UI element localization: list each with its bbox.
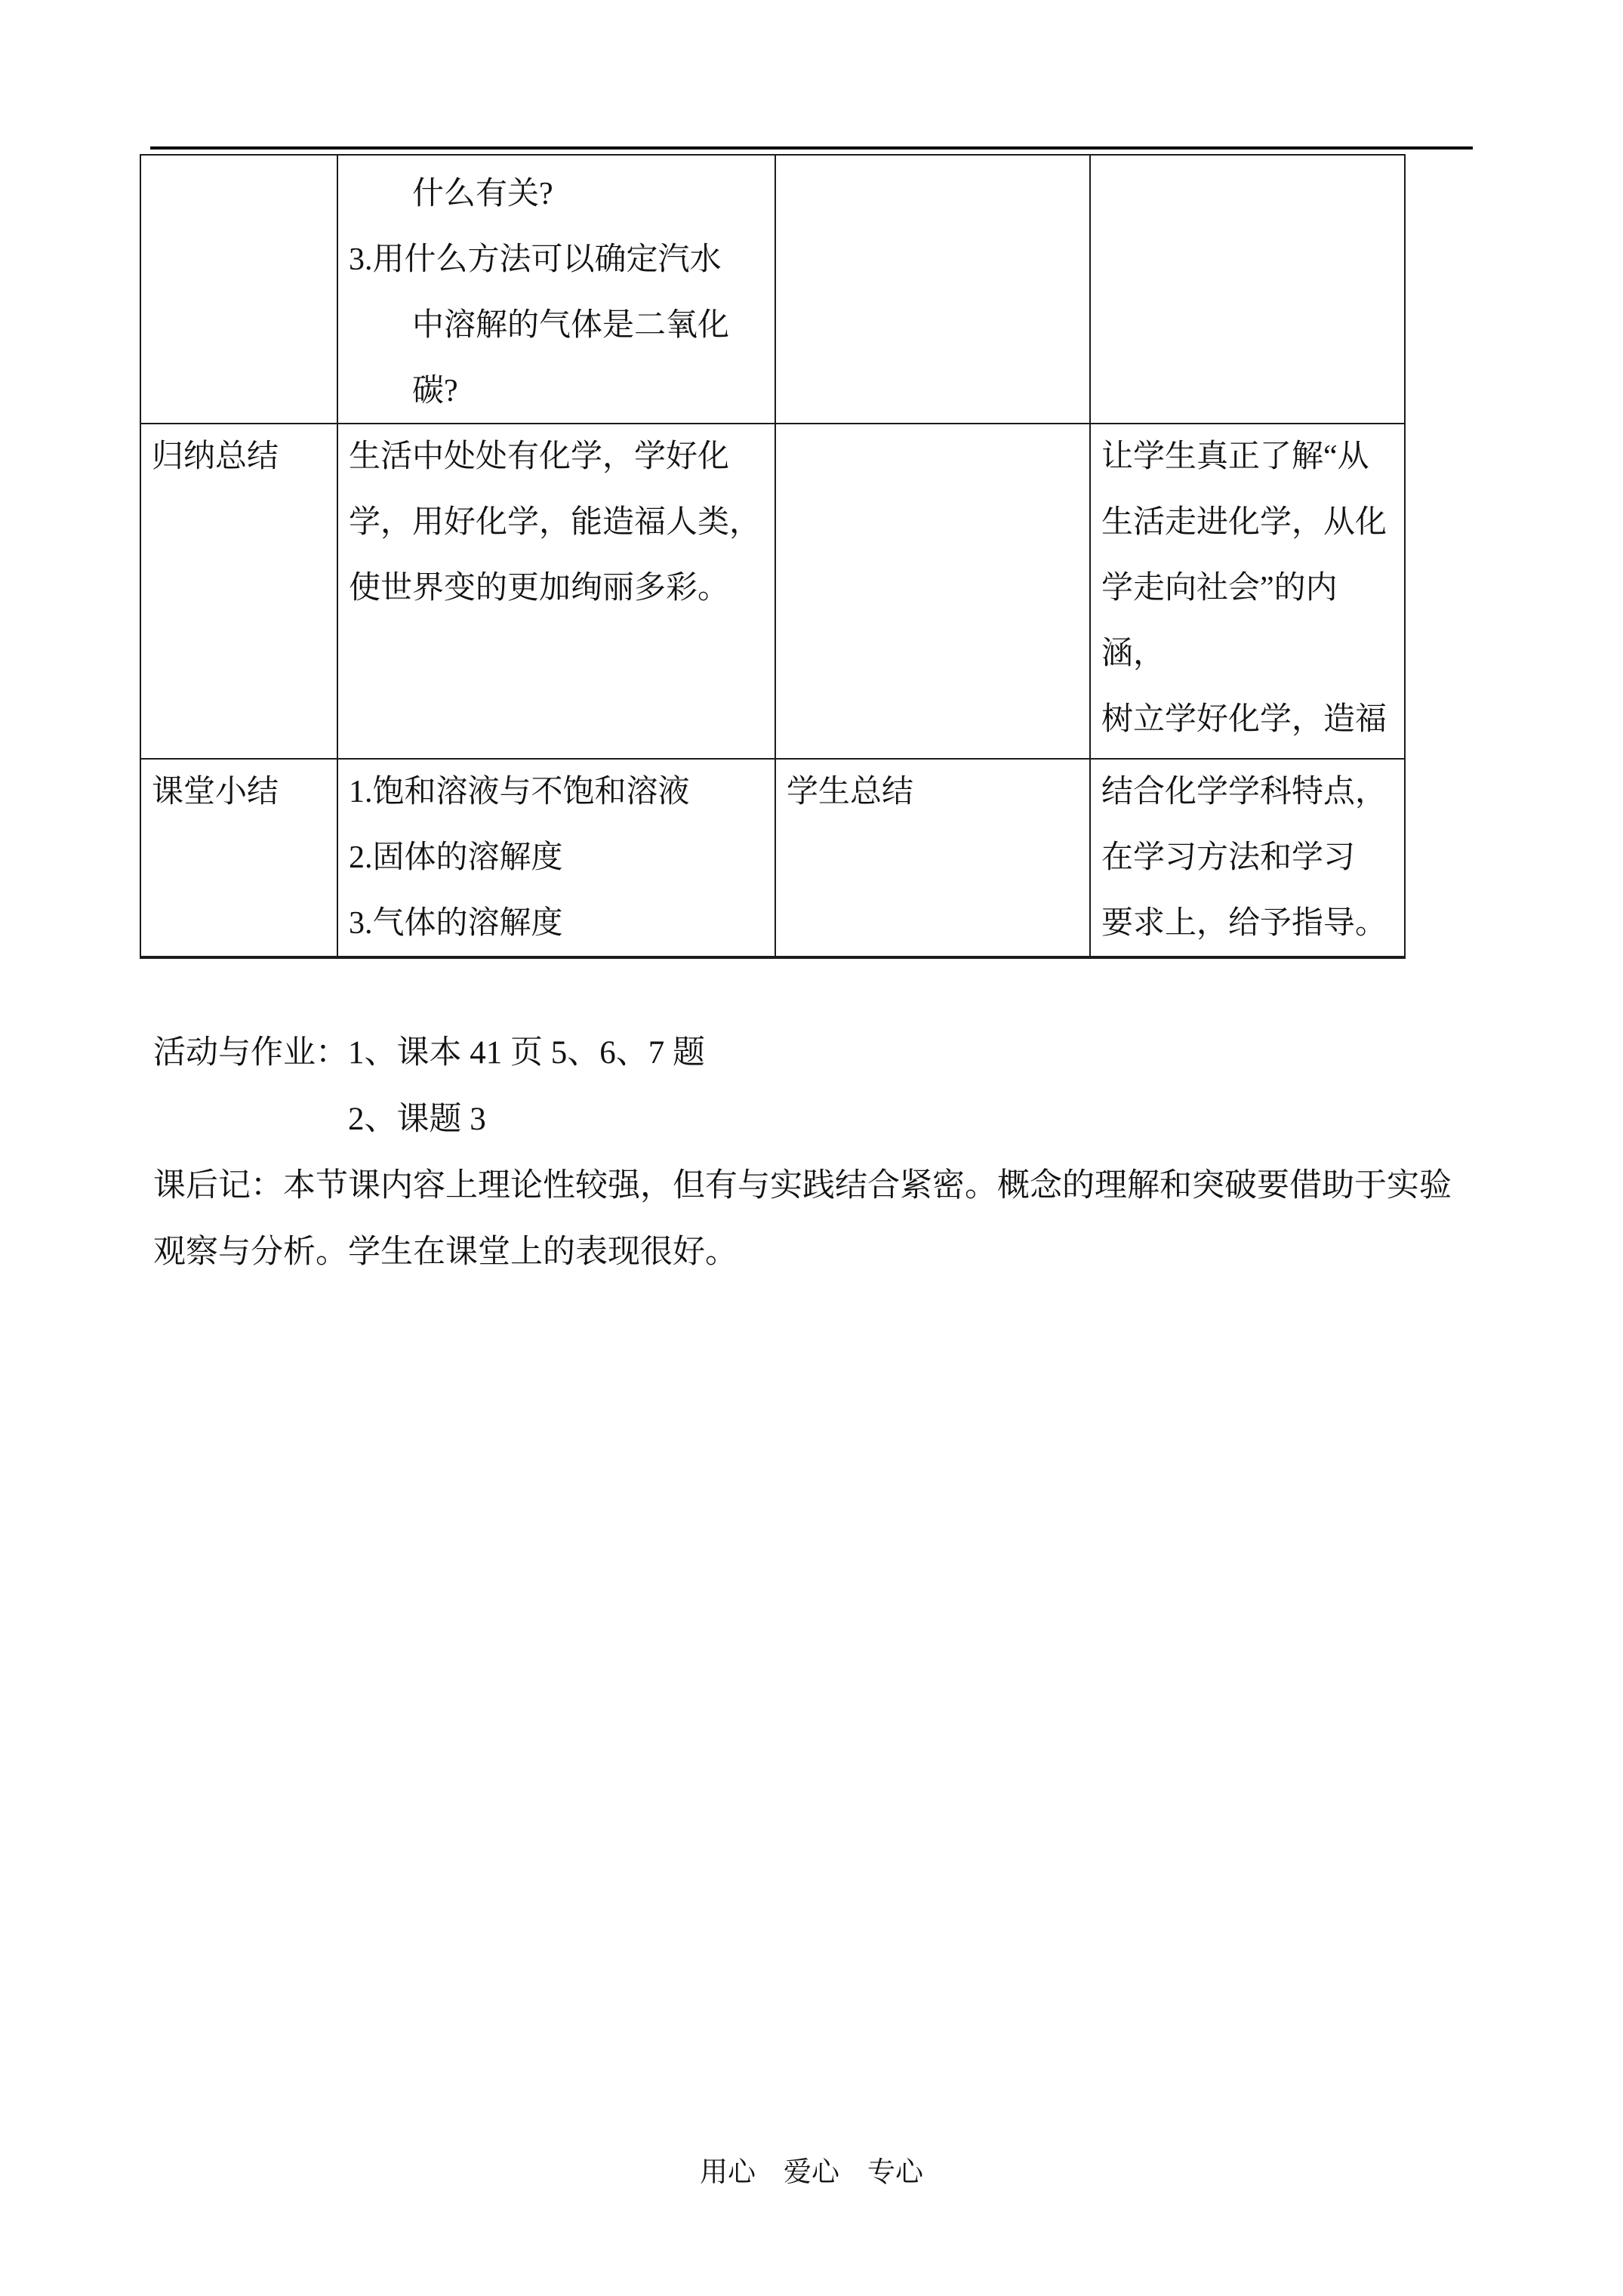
homework-and-notes-paragraphs: 活动与作业：1、课本 41 页 5、6、7 题 2、课题 3 课后记：本节课内容… — [153, 1020, 1482, 1286]
lesson-plan-table: 什么有关? 3.用什么方法可以确定汽水 中溶解的气体是二氧化 碳? 归纳总结 生… — [140, 154, 1406, 959]
table-cell-stage: 归纳总结 — [141, 424, 337, 758]
table-cell-guidance: 结合化学学科特点， 在学习方法和学习 要求上，给予指导。 — [1091, 760, 1404, 956]
table-cell-stage: 课堂小结 — [141, 760, 337, 956]
table-cell-stage — [141, 156, 337, 423]
table-cell-content: 生活中处处有化学，学好化 学，用好化学，能造福人类， 使世界变的更加绚丽多彩。 — [338, 424, 775, 758]
table-cell-activity — [776, 156, 1089, 423]
page-footer-motto: 用心 爱心 专心 — [0, 2156, 1623, 2190]
document-page: 什么有关? 3.用什么方法可以确定汽水 中溶解的气体是二氧化 碳? 归纳总结 生… — [0, 0, 1623, 2296]
table-cell-guidance: 让学生真正了解“从 生活走进化学，从化 学走向社会”的内涵， 树立学好化学，造福… — [1091, 424, 1404, 758]
table-cell-activity — [776, 424, 1089, 758]
header-divider-rule — [150, 146, 1473, 149]
table-cell-content: 什么有关? 3.用什么方法可以确定汽水 中溶解的气体是二氧化 碳? — [338, 156, 775, 423]
table-cell-guidance — [1091, 156, 1404, 423]
table-cell-activity: 学生总结 — [776, 760, 1089, 956]
table-cell-content: 1.饱和溶液与不饱和溶液 2.固体的溶解度 3.气体的溶解度 — [338, 760, 775, 956]
